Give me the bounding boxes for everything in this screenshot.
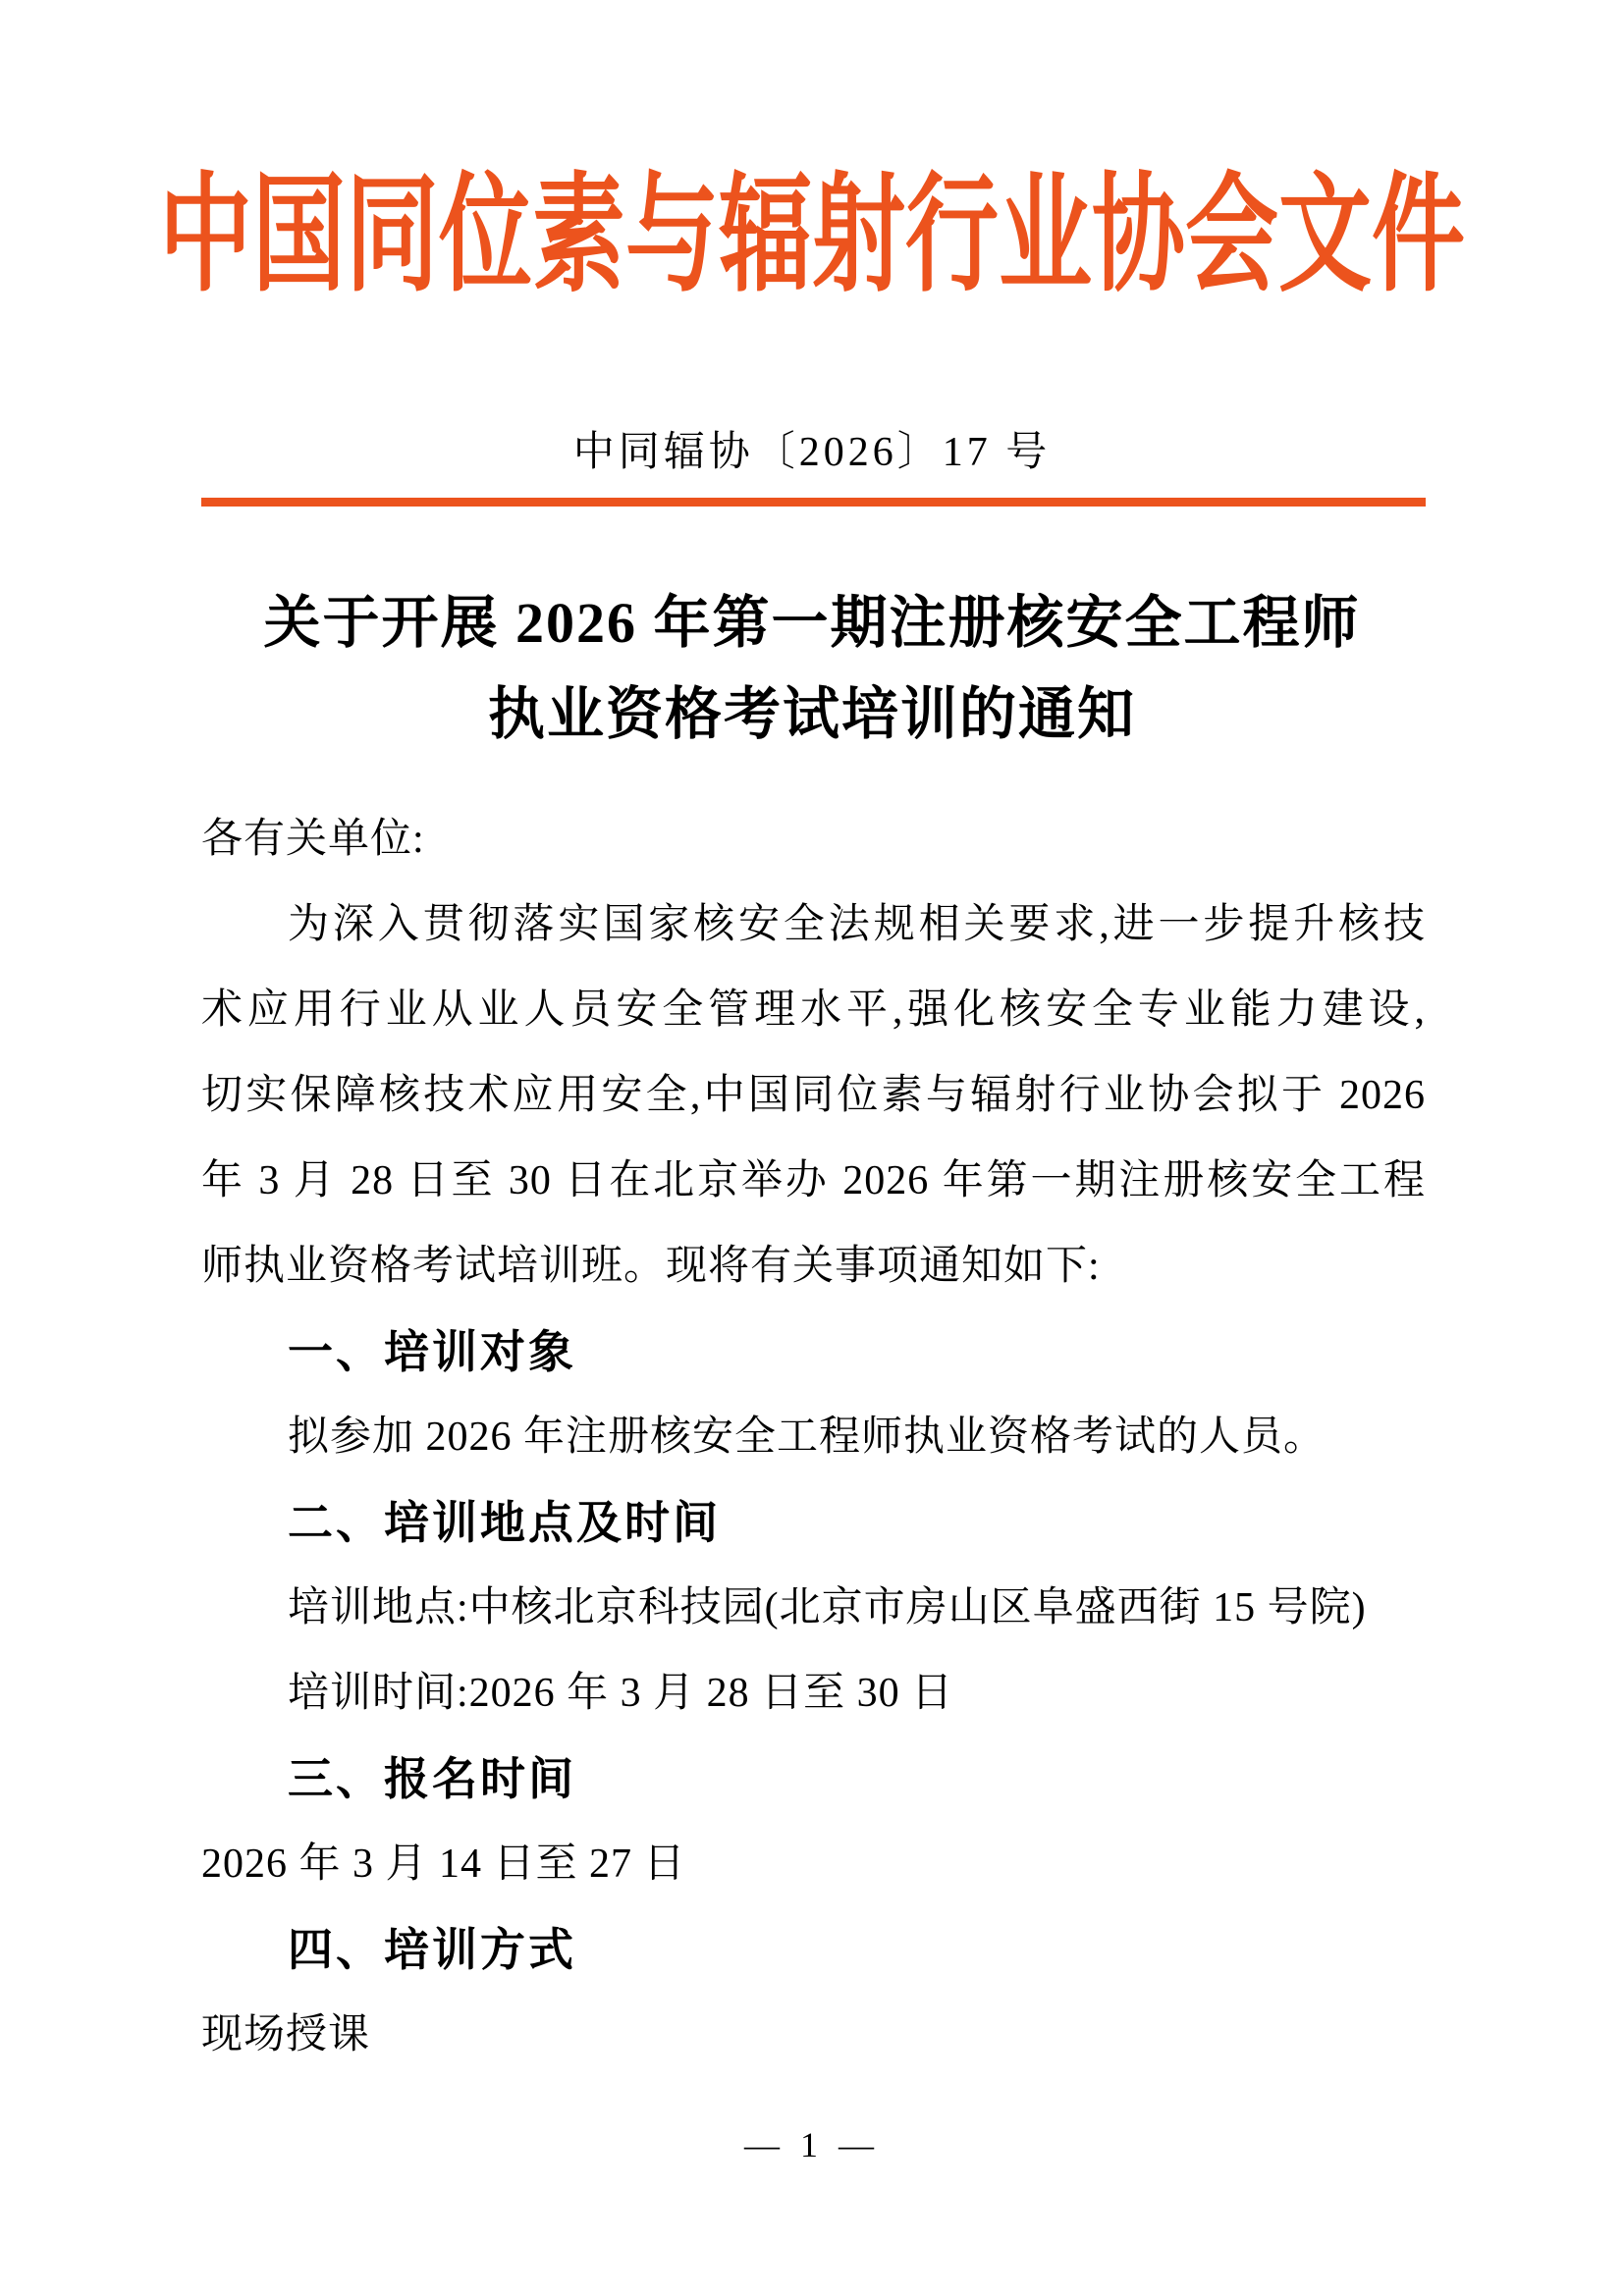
doc-title-line1: 关于开展 2026 年第一期注册核安全工程师 bbox=[0, 577, 1624, 668]
body-line: 各有关单位: bbox=[201, 797, 1426, 882]
body-line: 2026 年 3 月 14 日至 27 日 bbox=[201, 1822, 1426, 1907]
body-line: 现场授课 bbox=[201, 1993, 1426, 2078]
document-page: 中国同位素与辐射行业协会文件 中同辐协〔2026〕17 号 关于开展 2026 … bbox=[0, 0, 1624, 2296]
body-line: 培训地点:中核北京科技园(北京市房山区阜盛西街 15 号院) bbox=[201, 1566, 1426, 1651]
header-rule-divider bbox=[201, 498, 1426, 507]
section-heading: 一、培训对象 bbox=[201, 1309, 1426, 1395]
body-line: 培训时间:2026 年 3 月 28 日至 30 日 bbox=[201, 1651, 1426, 1736]
org-title: 中国同位素与辐射行业协会文件 bbox=[0, 147, 1624, 323]
section-heading: 三、报名时间 bbox=[201, 1736, 1426, 1822]
document-body: 各有关单位:为深入贯彻落实国家核安全法规相关要求,进一步提升核技术应用行业从业人… bbox=[201, 797, 1426, 2078]
section-heading: 四、培训方式 bbox=[201, 1907, 1426, 1993]
doc-title: 关于开展 2026 年第一期注册核安全工程师 执业资格考试培训的通知 bbox=[0, 577, 1624, 760]
body-line: 切实保障核技术应用安全,中国同位素与辐射行业协会拟于 2026 bbox=[201, 1053, 1426, 1139]
doc-title-line2: 执业资格考试培训的通知 bbox=[0, 668, 1624, 760]
body-line: 师执业资格考试培训班。现将有关事项通知如下: bbox=[201, 1224, 1426, 1309]
body-line: 为深入贯彻落实国家核安全法规相关要求,进一步提升核技 bbox=[201, 882, 1426, 968]
body-line: 拟参加 2026 年注册核安全工程师执业资格考试的人员。 bbox=[201, 1395, 1426, 1480]
body-line: 术应用行业从业人员安全管理水平,强化核安全专业能力建设, bbox=[201, 968, 1426, 1053]
section-heading: 二、培训地点及时间 bbox=[201, 1480, 1426, 1566]
page-number: — 1 — bbox=[0, 2118, 1624, 2171]
doc-number: 中同辐协〔2026〕17 号 bbox=[0, 422, 1624, 483]
body-line: 年 3 月 28 日至 30 日在北京举办 2026 年第一期注册核安全工程 bbox=[201, 1139, 1426, 1224]
